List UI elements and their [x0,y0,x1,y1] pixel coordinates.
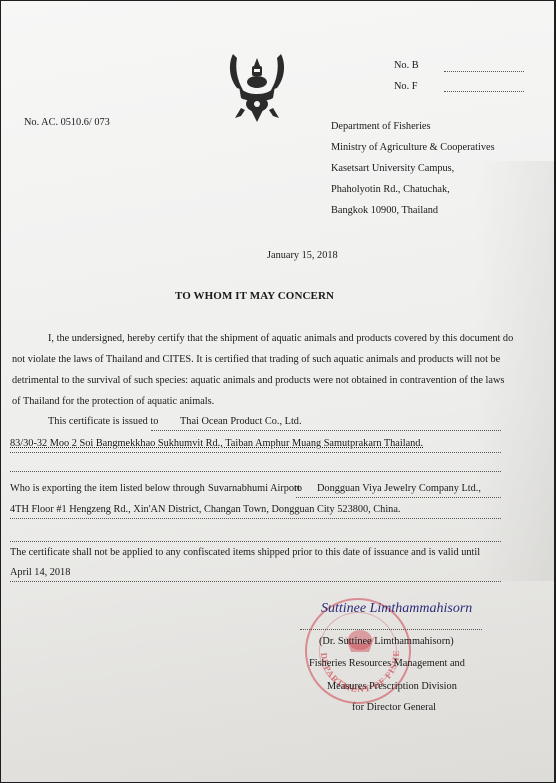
issued-to-line [151,430,501,431]
to-label: to [294,483,302,494]
division-line-1: Fisheries Resources Management and [309,658,465,669]
document-date: January 15, 2018 [267,250,338,261]
body-line-4: of Thailand for the protection of aquati… [12,396,214,407]
address-line-4: Phaholyotin Rd., Chatuchak, [331,184,450,195]
address-line-5: Bangkok 10900, Thailand [331,205,438,216]
body-line-1: I, the undersigned, hereby certify that … [48,333,513,344]
issued-to-value: Thai Ocean Product Co., Ltd. [180,416,302,427]
blank-line-1 [10,471,501,472]
exporting-port: Suvarnabhumi Airport [208,483,300,494]
certificate-page: No. B No. F No. AC. 0510.6/ 073 Departme… [1,1,554,782]
issued-address: 83/30-32 Moo 2 Soi Bangmekkhao Sukhumvit… [10,438,423,449]
document-title: TO WHOM IT MAY CONCERN [175,290,334,302]
reference-number: No. AC. 0510.6/ 073 [24,117,110,128]
consignee-address-line [10,518,501,519]
valid-until-line [10,581,501,582]
validity-text: The certificate shall not be applied to … [10,547,480,558]
division-line-2: Measures Prescription Division [327,681,457,692]
body-line-3: detrimental to the survival of such spec… [12,375,504,386]
consignee-address: 4TH Floor #1 Hengzeng Rd., Xin'AN Distri… [10,504,400,515]
issued-to-label: This certificate is issued to [48,416,158,427]
handwritten-signature: Suttinee Limthammahisorn [321,601,472,617]
valid-until-date: April 14, 2018 [10,567,70,578]
address-line-1: Department of Fisheries [331,121,431,132]
consignee-name: Dongguan Viya Jewelry Company Ltd., [317,483,481,494]
address-line-3: Kasetsart University Campus, [331,163,454,174]
body-line-2: not violate the laws of Thailand and CIT… [12,354,500,365]
signatory-name: (Dr. Suttinee Limthammahisorn) [319,636,454,647]
signature-line [300,629,482,630]
no-b-field [444,71,524,72]
no-f-label: No. F [394,81,417,92]
garuda-emblem-icon [227,50,287,124]
blank-line-2 [10,541,501,542]
consignee-line [296,497,501,498]
address-line-2: Ministry of Agriculture & Cooperatives [331,142,495,153]
issued-address-line [10,452,501,453]
no-f-field [444,91,524,92]
signatory-role: for Director General [352,702,436,713]
exporting-label: Who is exporting the item listed below t… [10,483,205,494]
no-b-label: No. B [394,60,419,71]
